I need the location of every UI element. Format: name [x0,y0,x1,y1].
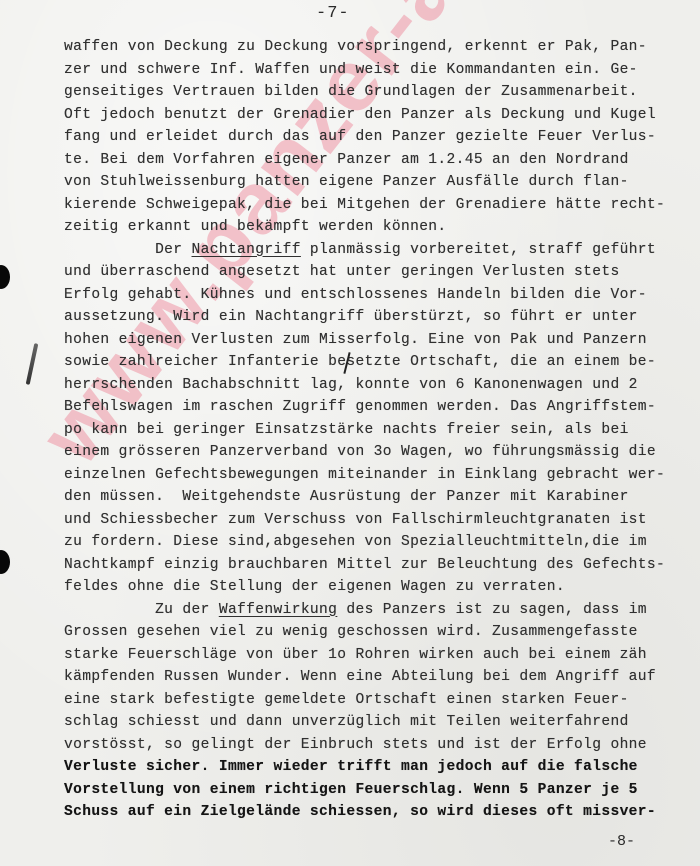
text-line: te. Bei dem Vorfahren eigener Panzer am … [64,149,700,172]
text-line: kierende Schweigepak, die bei Mitgehen d… [64,194,700,217]
text-line: Verluste sicher. Immer wieder trifft man… [64,756,700,779]
text-line: eine stark befestigte gemeldete Ortschaf… [64,689,700,712]
text-line: herrschenden Bachabschnitt lag, konnte v… [64,374,700,397]
margin-pencil-mark [26,343,39,385]
text-line: Vorstellung von einem richtigen Feuersch… [64,779,700,802]
text-line: zeitig erkannt und bekämpft werden könne… [64,216,700,239]
text-line: Grossen gesehen viel zu wenig geschossen… [64,621,700,644]
text-line: und Schiessbecher zum Verschuss von Fall… [64,509,700,532]
text-line: sowie zahlreicher Infanterie besetzte Or… [64,351,700,374]
text-line: Schuss auf ein Zielgelände schiessen, so… [64,801,700,824]
text-line: Befehlswagen im raschen Zugriff genommen… [64,396,700,419]
text-line: Erfolg gehabt. Kühnes und entschlossenes… [64,284,700,307]
underlined-term: Nachtangriff [192,242,301,258]
text-line: vorstösst, so gelingt der Einbruch stets… [64,734,700,757]
text-line: hohen eigenen Verlusten zum Misserfolg. … [64,329,700,352]
text-line: den müssen. Weitgehendste Ausrüstung der… [64,486,700,509]
paragraph-first-line: Der Nachtangriff planmässig vorbereitet,… [64,239,700,262]
text-line: von Stuhlweissenburg hatten eigene Panze… [64,171,700,194]
text-line: feldes ohne die Stellung der eigenen Wag… [64,576,700,599]
text-line: schlag schiesst und dann unverzüglich mi… [64,711,700,734]
text-line: starke Feuerschläge von über 1o Rohren w… [64,644,700,667]
scanned-document-page: www.panzer-archiv.org -7- waffen von Dec… [0,0,700,866]
underlined-term: Waffenwirkung [219,602,337,618]
punch-hole-bottom [0,550,10,574]
paragraph-1: waffen von Deckung zu Deckung vorspringe… [64,36,700,239]
page-number-top: -7- [316,4,350,23]
text-line: zer und schwere Inf. Waffen und weist di… [64,59,700,82]
typewritten-body: waffen von Deckung zu Deckung vorspringe… [64,36,700,824]
text-line: zu fordern. Diese sind,abgesehen von Spe… [64,531,700,554]
text-line: po kann bei geringer Einsatzstärke nacht… [64,419,700,442]
text-line: einzelnen Gefechtsbewegungen miteinander… [64,464,700,487]
page-number-bottom: -8- [608,833,635,850]
text-line: genseitiges Vertrauen bilden die Grundla… [64,81,700,104]
text-line: kämpfenden Russen Wunder. Wenn eine Abte… [64,666,700,689]
text-line: Nachtkampf einzig brauchbaren Mittel zur… [64,554,700,577]
text-line: und überraschend angesetzt hat unter ger… [64,261,700,284]
text-line: aussetzung. Wird ein Nachtangriff überst… [64,306,700,329]
text-line: einem grösseren Panzerverband von 3o Wag… [64,441,700,464]
text-line: Oft jedoch benutzt der Grenadier den Pan… [64,104,700,127]
paragraph-waffenwirkung: Zu der Waffenwirkung des Panzers ist zu … [64,599,700,824]
paragraph-nachtangriff: Der Nachtangriff planmässig vorbereitet,… [64,239,700,599]
punch-hole-top [0,265,10,289]
text-line: fang und erleidet durch das auf den Panz… [64,126,700,149]
text-line: waffen von Deckung zu Deckung vorspringe… [64,36,700,59]
paragraph-first-line: Zu der Waffenwirkung des Panzers ist zu … [64,599,700,622]
